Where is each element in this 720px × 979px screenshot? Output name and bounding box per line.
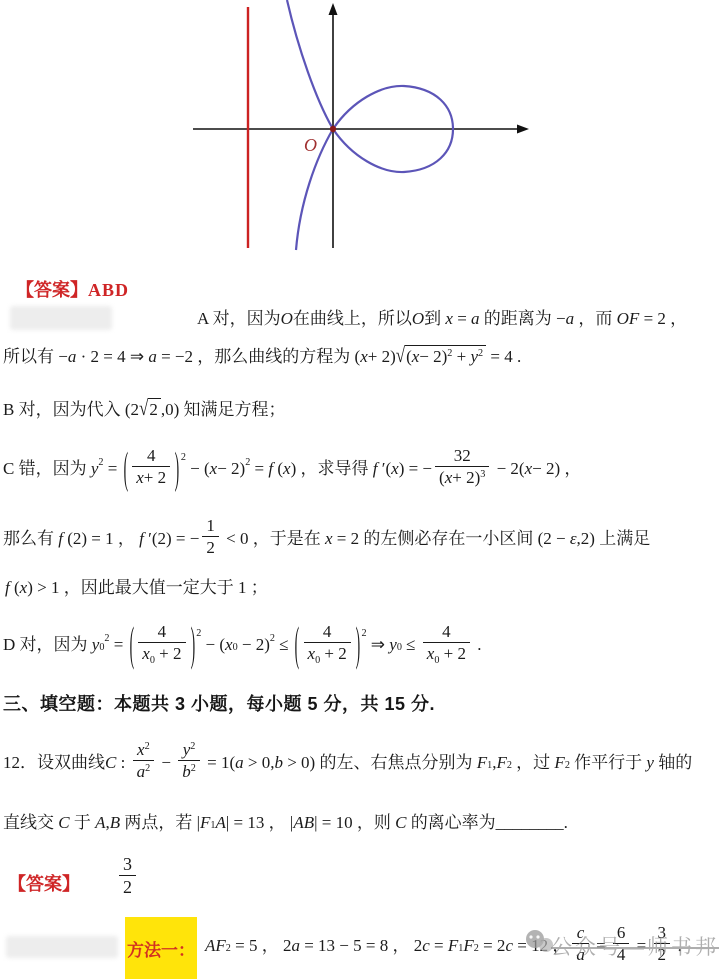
solution-line-d1: 那么有 f (2) = 1 ， f ′(2) = −12 < 0 ，于是在 x … xyxy=(3,518,650,559)
origin-label: O xyxy=(304,135,317,155)
solution-line-c: C 错，因为 y2 = (4x+ 2)2 − (x− 2)2 = f (x) ，… xyxy=(3,448,581,489)
x-axis-arrow-icon xyxy=(517,125,529,134)
figure-curve-plot: O xyxy=(0,0,720,256)
solution-line-d3: D 对，因为 y02 = (4x0 + 2)2 − (x0 − 2)2 ≤ (4… xyxy=(3,624,482,665)
answer-32-label: 【答案】 xyxy=(8,870,80,896)
question-12-line-1: 12．设双曲线C : x2a2 − y2b2 = 1(a > 0,b > 0) … xyxy=(3,742,692,783)
answer-abd-row: 【答案】ABD xyxy=(8,258,129,302)
solution-line-d2: f (x) > 1 ，因此最大值一定大于 1 ； xyxy=(5,577,268,598)
answer-32-fraction: 32 xyxy=(116,856,139,899)
solution-line-b: B 对，因为代入 (2√2,0) 知满足方程； xyxy=(3,398,286,420)
solution-line-a2: 所以有 −a · 2 = 4 ⇒ a = −2 ，那么曲线的方程为 (x+ 2)… xyxy=(3,345,521,367)
method-1-badge-label: 方法一： xyxy=(127,936,195,961)
blurred-watermark-patch-top xyxy=(10,306,112,330)
watermark-text: 公众号—师书邦 xyxy=(551,931,719,961)
solution-line-a1: A 对，因为O在曲线上，所以O到 x = a 的距离为 −a ，而 OF = 2… xyxy=(197,308,687,329)
question-12-line-2: 直线交 C 于 A,B 两点，若 |F1A| = 13 ， |AB| = 10 … xyxy=(3,812,568,833)
origin-dot xyxy=(330,126,336,132)
answer-label: 【答案】 xyxy=(16,280,88,300)
answer-value: ABD xyxy=(88,280,129,300)
section-title: 三、填空题：本题共 3 小题，每小题 5 分，共 15 分. xyxy=(3,690,435,716)
curve-tails xyxy=(287,0,333,250)
method-1-badge: 方法一： xyxy=(125,917,197,979)
blurred-watermark-patch-bottom xyxy=(6,936,118,958)
y-axis-arrow-icon xyxy=(329,3,338,15)
